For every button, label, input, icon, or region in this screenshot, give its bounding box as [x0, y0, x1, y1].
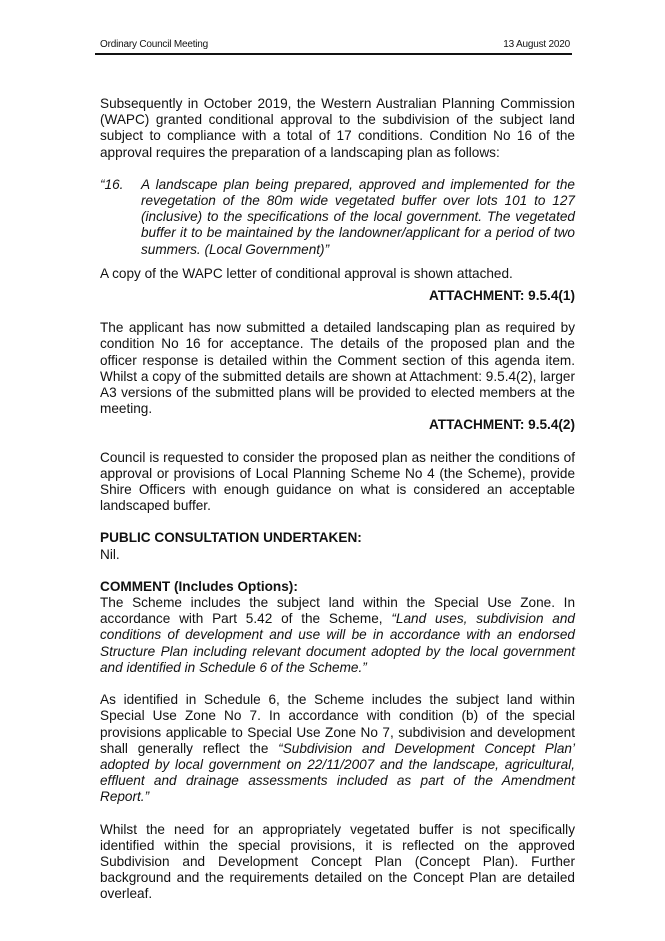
paragraph-scheme-zone: The Scheme includes the subject land wit… [100, 595, 575, 676]
paragraph-wapc-letter: A copy of the WAPC letter of conditional… [100, 266, 575, 282]
consultation-text: Nil. [100, 547, 575, 563]
meeting-date: 13 August 2020 [503, 39, 570, 50]
paragraph-wapc-approval: Subsequently in October 2019, the Wester… [100, 96, 575, 161]
paragraph-vegetated-buffer: Whilst the need for an appropriately veg… [100, 822, 575, 903]
attachment-reference-2: ATTACHMENT: 9.5.4(2) [100, 417, 575, 433]
condition-number: “16. [100, 177, 141, 258]
paragraph-landscaping-plan: The applicant has now submitted a detail… [100, 320, 575, 417]
condition-text: A landscape plan being prepared, approve… [141, 177, 575, 258]
heading-public-consultation: PUBLIC CONSULTATION UNDERTAKEN: [100, 530, 575, 546]
document-page: Ordinary Council Meeting 13 August 2020 … [0, 0, 665, 941]
page-header: Ordinary Council Meeting 13 August 2020 [95, 38, 572, 55]
attachment-reference-1: ATTACHMENT: 9.5.4(1) [100, 288, 575, 304]
condition-quote: “16. A landscape plan being prepared, ap… [100, 177, 575, 258]
paragraph-council-request: Council is requested to consider the pro… [100, 450, 575, 515]
meeting-title: Ordinary Council Meeting [100, 39, 208, 50]
document-body: Subsequently in October 2019, the Wester… [100, 96, 575, 903]
paragraph-schedule-6: As identified in Schedule 6, the Scheme … [100, 692, 575, 805]
heading-comment: COMMENT (Includes Options): [100, 579, 575, 595]
